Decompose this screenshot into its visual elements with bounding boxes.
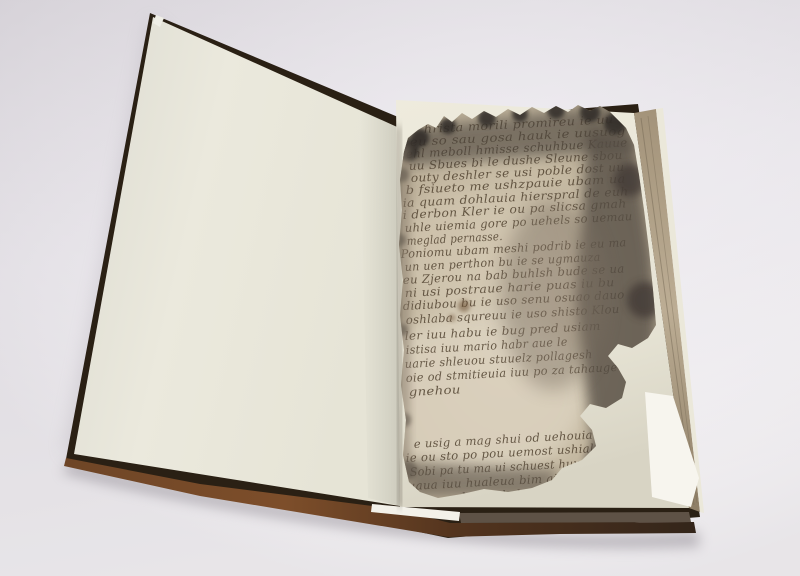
- stain-mid-cloud: [501, 200, 605, 390]
- stain-brown-spot: [458, 300, 470, 312]
- manuscript-line: gnehou: [408, 382, 461, 399]
- bottom-page-block-dark: [459, 512, 691, 523]
- gutter-shadow: [398, 126, 401, 507]
- stain-brown-spot: [449, 315, 456, 322]
- photograph-open-book: hrista morili promireu ie uueu so sau go…: [0, 0, 800, 576]
- photo-scene: hrista morili promireu ie uueu so sau go…: [0, 0, 800, 576]
